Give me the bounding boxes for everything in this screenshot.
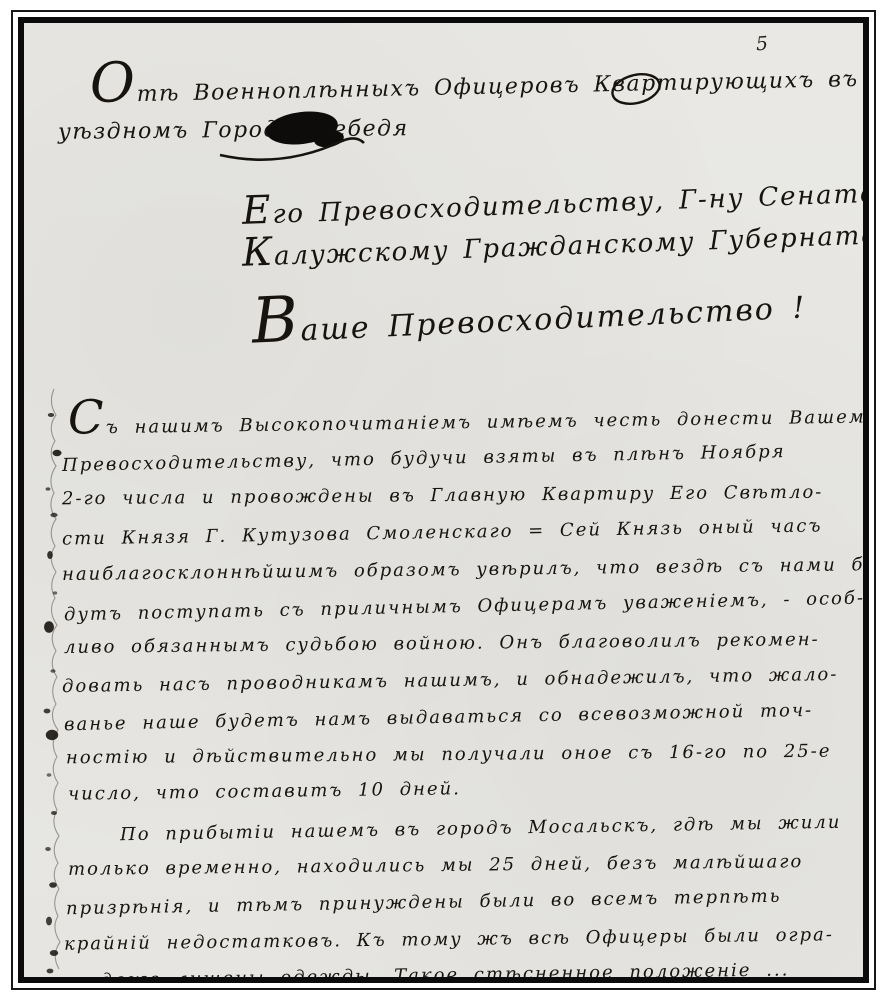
salutation: Ваше Превосходительство !: [252, 292, 808, 349]
body-line: крайній недостатковъ. Къ тому жъ всѣ Офи…: [64, 926, 834, 954]
body-line: дутъ поступать съ приличнымъ Офицерамъ у…: [64, 590, 863, 626]
body-line: только временно, находились мы 25 дней, …: [68, 853, 803, 880]
body-line: ванье наше будетъ намъ выдаваться со все…: [64, 702, 813, 735]
heading-line-2: уѣздномъ Городѣ Лебедя: [58, 117, 409, 144]
manuscript-paper: 5 Отѣ Военноплѣнныхъ Офицеровъ Квартирую…: [24, 23, 863, 977]
body-line: ливо обязаннымъ судьбою войною. Онъ благ…: [64, 631, 820, 658]
body-line: По прибытіи нашемъ въ городъ Мосальскъ, …: [120, 814, 842, 845]
body-line: наиблагосклоннѣйшимъ образомъ увѣрилъ, ч…: [62, 556, 863, 585]
heading-line-1: Отѣ Военноплѣнныхъ Офицеровъ Квартирующи…: [90, 67, 859, 107]
body-line: 2-го числа и провождены въ Главную Кварт…: [62, 484, 823, 510]
scanned-manuscript-page: 5 Отѣ Военноплѣнныхъ Офицеровъ Квартирую…: [0, 0, 887, 1000]
body-line: довать насъ проводникамъ нашимъ, и обнад…: [62, 666, 839, 697]
body-line: ностію и дѣйствительно мы получали оное …: [66, 743, 832, 769]
address-line-2: Калужскому Гражданскому Губернатору: [242, 221, 863, 272]
body-line: призрѣнія, и тѣмъ принуждены были во все…: [66, 888, 782, 919]
inner-frame-border: 5 Отѣ Военноплѣнныхъ Офицеровъ Квартирую…: [18, 17, 869, 983]
page-number: 5: [755, 33, 769, 56]
torn-edge-speckles: [44, 413, 62, 973]
body-line: Превосходительству, что будучи взяты въ …: [62, 443, 786, 476]
torn-edge-line: [51, 389, 60, 969]
body-line: сти Князя Г. Кутузова Смоленскаго = Сей …: [62, 517, 823, 549]
body-line: и даже лишены одежды. Такое стѣсненное п…: [72, 961, 790, 977]
body-line: число, что составитъ 10 дней.: [68, 780, 461, 804]
address-line-1: Его Превосходительству, Г-ну Сенатору,: [242, 179, 863, 230]
body-line: Съ нашимъ Высокопочитаніемъ имѣемъ честь…: [68, 407, 863, 438]
